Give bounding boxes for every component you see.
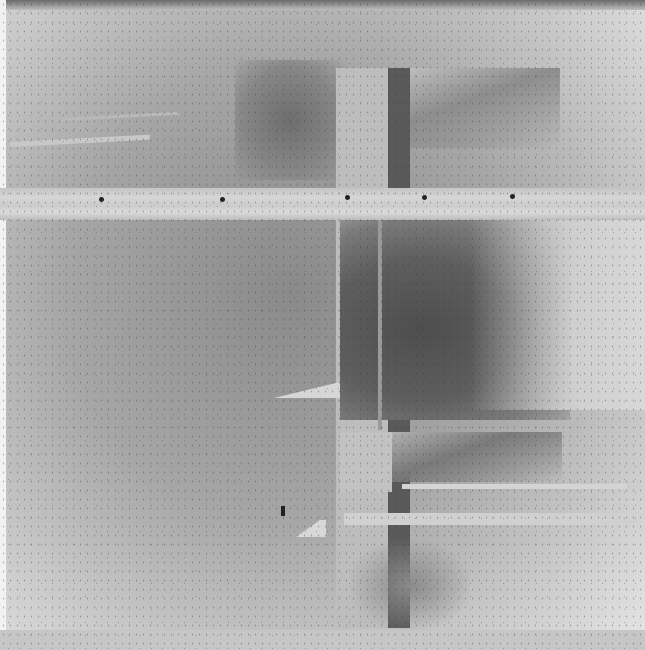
photograph: Grainy grayscale photograph (multiple-ex…	[0, 0, 645, 650]
film-grain	[0, 0, 645, 650]
